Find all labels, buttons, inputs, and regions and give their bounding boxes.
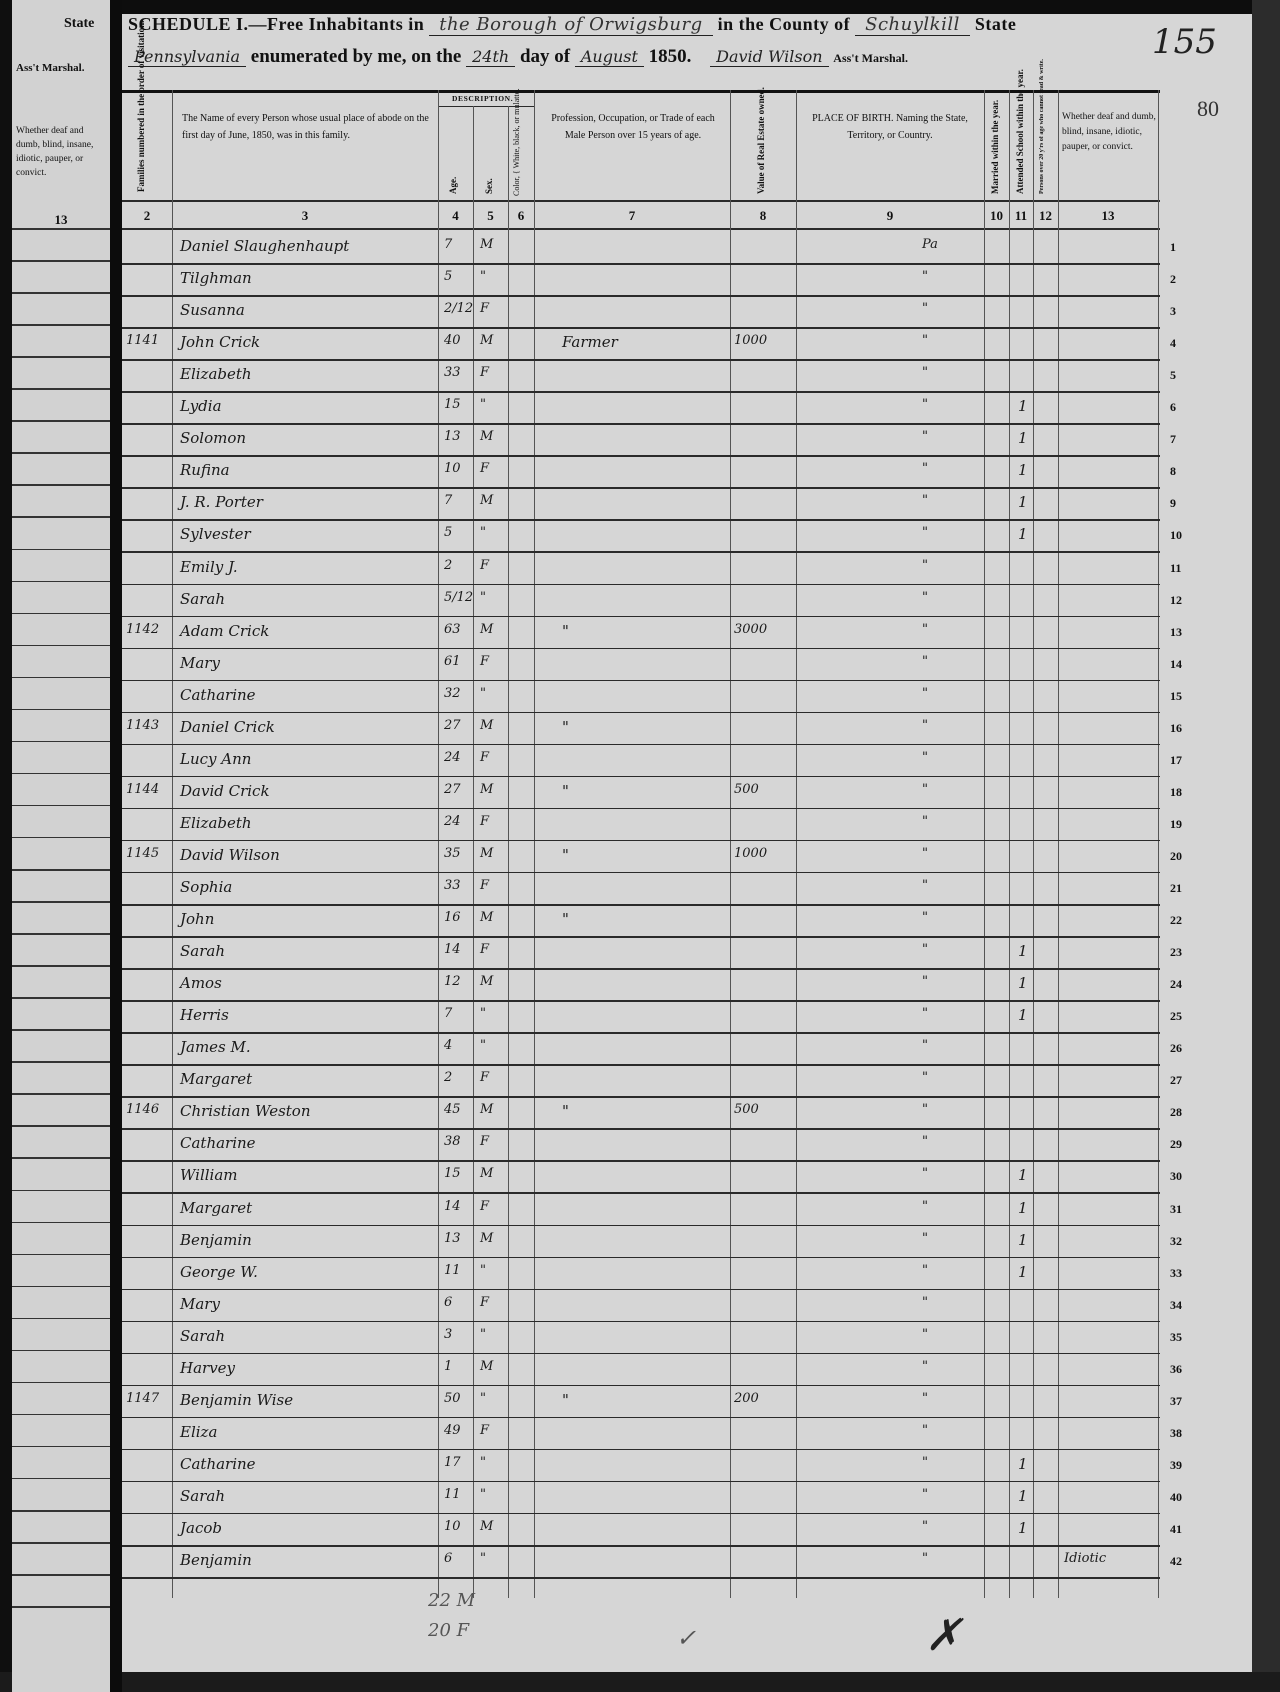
age: 7 (444, 493, 452, 508)
person-name: Eliza (180, 1423, 217, 1441)
attended-school: 1 (1018, 493, 1028, 511)
line-number: 3 (1170, 304, 1176, 319)
birthplace: " (922, 718, 928, 733)
cross-mark: ✗ (925, 1610, 962, 1661)
sex: " (480, 1327, 486, 1342)
facing-row-rule (12, 1125, 110, 1127)
person-name: Margaret (180, 1070, 252, 1088)
table-row: William15M"130 (122, 1161, 1160, 1193)
line-number: 26 (1170, 1041, 1182, 1056)
person-name: Catharine (180, 1455, 256, 1473)
township-handwritten: the Borough of Orwigsburg (429, 14, 712, 36)
table-row: Benjamin13M"132 (122, 1226, 1160, 1258)
facing-row-rule (12, 1029, 110, 1031)
person-name: Lucy Ann (180, 750, 251, 768)
facing-row-rule (12, 1606, 110, 1608)
line-number: 38 (1170, 1426, 1182, 1441)
month-handwritten: August (575, 47, 644, 67)
line-number: 42 (1170, 1554, 1182, 1569)
occupation: Farmer (562, 333, 618, 351)
table-row: Harvey1M"36 (122, 1354, 1160, 1386)
person-name: Harvey (180, 1359, 235, 1377)
header-color: Color, { White, black, or mulatto. (512, 112, 521, 196)
family-number: 1142 (126, 622, 159, 637)
facing-row-rule (12, 1190, 110, 1192)
line-number: 2 (1170, 272, 1176, 287)
attended-school: 1 (1018, 942, 1028, 960)
sex: " (480, 1006, 486, 1021)
birthplace: " (922, 686, 928, 701)
family-number: 1144 (126, 782, 159, 797)
line-number: 15 (1170, 689, 1182, 704)
occupation: " (562, 718, 569, 736)
header-place-of-birth: PLACE OF BIRTH. Naming the State, Territ… (802, 110, 978, 144)
person-name: Catharine (180, 1134, 256, 1152)
year-label: 1850. (649, 46, 692, 67)
table-row: Tilghman5""2 (122, 264, 1160, 296)
birthplace: " (922, 1199, 928, 1214)
table-row: Daniel Slaughenhaupt7MPa1 (122, 232, 1160, 264)
header-name: The Name of every Person whose usual pla… (182, 110, 432, 144)
birthplace: " (922, 269, 928, 284)
facing-row-rule (12, 933, 110, 935)
occupation: " (562, 782, 569, 800)
table-row: Jacob10M"141 (122, 1514, 1160, 1546)
birthplace: " (922, 878, 928, 893)
table-row: Amos12M"124 (122, 969, 1160, 1001)
age: 13 (444, 429, 461, 444)
person-name: Benjamin (180, 1231, 252, 1249)
person-name: James M. (180, 1038, 251, 1056)
birthplace: " (922, 461, 928, 476)
person-name: Solomon (180, 429, 246, 447)
line-number: 31 (1170, 1202, 1182, 1217)
table-row: Herris7""125 (122, 1001, 1160, 1033)
occupation: " (562, 910, 569, 928)
line-number: 11 (1170, 561, 1181, 576)
facing-row-rule (12, 805, 110, 807)
age: 40 (444, 333, 461, 348)
attended-school: 1 (1018, 525, 1028, 543)
colnum-2: 2 (122, 208, 172, 224)
facing-column-number: 13 (12, 212, 110, 228)
facing-row-rule (12, 516, 110, 518)
facing-row-rule (12, 292, 110, 294)
facing-row-rule (12, 228, 110, 230)
sex: " (480, 1391, 486, 1406)
facing-row-rule (12, 709, 110, 711)
birthplace: " (922, 429, 928, 444)
facing-row-rule (12, 965, 110, 967)
table-row: 1142Adam Crick63M"3000"13 (122, 617, 1160, 649)
table-row: Mary61F"14 (122, 649, 1160, 681)
birthplace: " (922, 782, 928, 797)
attended-school: 1 (1018, 974, 1028, 992)
line-number: 25 (1170, 1009, 1182, 1024)
line-number: 21 (1170, 881, 1182, 896)
sex: F (480, 558, 489, 573)
table-row: 1144David Crick27M"500"18 (122, 777, 1160, 809)
birthplace: " (922, 1263, 928, 1278)
real-estate-value: 500 (734, 782, 759, 797)
birthplace: " (922, 846, 928, 861)
birthplace: " (922, 301, 928, 316)
sex: M (480, 333, 493, 348)
facing-row-rule (12, 1286, 110, 1288)
line-number: 35 (1170, 1330, 1182, 1345)
scan-border-right (1252, 0, 1280, 1692)
colnum-6: 6 (508, 208, 534, 224)
sex: M (480, 237, 493, 252)
sex: F (480, 1295, 489, 1310)
header-real-estate: Value of Real Estate owned. (756, 104, 766, 194)
sex: F (480, 365, 489, 380)
facing-row-rule (12, 901, 110, 903)
age: 15 (444, 397, 461, 412)
check-mark: ✓ (676, 1624, 696, 1652)
person-name: Amos (180, 974, 222, 992)
binding-gutter (110, 0, 122, 1692)
birthplace: " (922, 750, 928, 765)
person-name: Sarah (180, 942, 225, 960)
birthplace: " (922, 525, 928, 540)
colnum-7: 7 (534, 208, 730, 224)
person-name: Mary (180, 654, 220, 672)
person-name: William (180, 1166, 238, 1184)
age: 2/12 (444, 301, 473, 316)
sex: " (480, 397, 486, 412)
table-row: 1145David Wilson35M"1000"20 (122, 841, 1160, 873)
line-number: 5 (1170, 368, 1176, 383)
sex: " (480, 269, 486, 284)
sex: " (480, 590, 486, 605)
facing-row-rule (12, 1382, 110, 1384)
sex: F (480, 1199, 489, 1214)
table-row: Sophia33F"21 (122, 873, 1160, 905)
facing-state-label: State (64, 16, 94, 32)
age: 1 (444, 1359, 452, 1374)
table-row: 1143Daniel Crick27M""16 (122, 713, 1160, 745)
line-number: 17 (1170, 753, 1182, 768)
age: 33 (444, 365, 461, 380)
table-row: Lucy Ann24F"17 (122, 745, 1160, 777)
facing-page-strip: State Ass't Marshal. Whether deaf and du… (12, 0, 110, 1692)
family-number: 1145 (126, 846, 159, 861)
age: 4 (444, 1038, 452, 1053)
line-number: 12 (1170, 593, 1182, 608)
facing-row-rule (12, 1318, 110, 1320)
age: 5/12 (444, 590, 473, 605)
scan-border-top (0, 0, 1280, 14)
colnum-10: 10 (984, 208, 1009, 224)
table-row: John16M""22 (122, 905, 1160, 937)
schedule-title-line: SCHEDULE I.—Free Inhabitants in the Boro… (128, 14, 1016, 35)
facing-row-rule (12, 1414, 110, 1416)
line-number: 27 (1170, 1073, 1182, 1088)
header-illiterate: Persons over 20 y'rs of age who cannot r… (1039, 98, 1045, 194)
birthplace: " (922, 1327, 928, 1342)
person-name: Benjamin (180, 1551, 252, 1569)
age: 6 (444, 1551, 452, 1566)
line-number: 39 (1170, 1458, 1182, 1473)
occupation: " (562, 846, 569, 864)
header-description: DESCRIPTION. (452, 94, 513, 103)
birthplace: " (922, 365, 928, 380)
table-row: Benjamin6""Idiotic42 (122, 1546, 1160, 1578)
sex: M (480, 974, 493, 989)
line-number: 16 (1170, 721, 1182, 736)
attended-school: 1 (1018, 1487, 1028, 1505)
person-name: John (180, 910, 214, 928)
sex: " (480, 1263, 486, 1278)
facing-row-rule (12, 837, 110, 839)
table-row: Sarah5/12""12 (122, 585, 1160, 617)
line-number: 6 (1170, 400, 1176, 415)
table-row: Susanna2/12F"3 (122, 296, 1160, 328)
facing-row-rule (12, 1061, 110, 1063)
sex: F (480, 878, 489, 893)
sex: M (480, 718, 493, 733)
occupation: " (562, 1102, 569, 1120)
line-number: 32 (1170, 1234, 1182, 1249)
birthplace: " (922, 1359, 928, 1374)
person-name: Daniel Slaughenhaupt (180, 237, 349, 255)
line-number: 23 (1170, 945, 1182, 960)
age: 49 (444, 1423, 461, 1438)
table-row: 1146Christian Weston45M"500"28 (122, 1097, 1160, 1129)
county-handwritten: Schuylkill (855, 14, 970, 36)
birthplace: " (922, 1102, 928, 1117)
colnum-4: 4 (438, 208, 473, 224)
facing-row-rule (12, 260, 110, 262)
enumerated-label: enumerated by me, on the (251, 46, 462, 67)
facing-row-rule (12, 1478, 110, 1480)
birthplace: " (922, 1006, 928, 1021)
line-number: 30 (1170, 1169, 1182, 1184)
handwritten-page-number: 155 (1152, 22, 1217, 62)
line-number: 9 (1170, 496, 1176, 511)
line-number: 14 (1170, 657, 1182, 672)
line-number: 8 (1170, 464, 1176, 479)
real-estate-value: 3000 (734, 622, 767, 637)
birthplace: " (922, 910, 928, 925)
facing-column-header: Whether deaf and dumb, blind, insane, id… (16, 124, 108, 180)
person-name: Elizabeth (180, 365, 252, 383)
enumeration-line: Pennsylvania enumerated by me, on the 24… (128, 46, 908, 68)
line-number: 24 (1170, 977, 1182, 992)
family-number: 1143 (126, 718, 159, 733)
colnum-9: 9 (796, 208, 984, 224)
facing-row-rule (12, 324, 110, 326)
facing-row-rule (12, 869, 110, 871)
age: 11 (444, 1487, 461, 1502)
line-number: 4 (1170, 336, 1176, 351)
attended-school: 1 (1018, 429, 1028, 447)
marshal-label: Ass't Marshal. (833, 51, 908, 65)
age: 6 (444, 1295, 452, 1310)
colnum-8: 8 (730, 208, 796, 224)
table-row: George W.11""133 (122, 1258, 1160, 1290)
age: 38 (444, 1134, 461, 1149)
day-handwritten: 24th (466, 47, 515, 67)
colnum-5: 5 (473, 208, 508, 224)
sex: F (480, 1423, 489, 1438)
age: 5 (444, 525, 452, 540)
person-name: Jacob (180, 1519, 222, 1537)
real-estate-value: 1000 (734, 846, 767, 861)
sex: M (480, 1231, 493, 1246)
age: 14 (444, 1199, 461, 1214)
birthplace: " (922, 814, 928, 829)
age: 17 (444, 1455, 461, 1470)
sex: M (480, 1102, 493, 1117)
facing-row-rule (12, 645, 110, 647)
person-name: David Wilson (180, 846, 280, 864)
birthplace: " (922, 942, 928, 957)
line-number: 18 (1170, 785, 1182, 800)
birthplace: " (922, 333, 928, 348)
birthplace: " (922, 1038, 928, 1053)
attended-school: 1 (1018, 461, 1028, 479)
person-name: Daniel Crick (180, 718, 275, 736)
age: 27 (444, 782, 461, 797)
birthplace: " (922, 493, 928, 508)
sex: F (480, 942, 489, 957)
facing-row-rule (12, 741, 110, 743)
row-rule (122, 1577, 1160, 1579)
age: 12 (444, 974, 461, 989)
attended-school: 1 (1018, 1199, 1028, 1217)
facing-row-rule (12, 356, 110, 358)
printed-page-number: 80 (1197, 96, 1219, 122)
tally-males: 22 M (428, 1590, 475, 1611)
line-number: 37 (1170, 1394, 1182, 1409)
person-name: Adam Crick (180, 622, 269, 640)
sex: M (480, 1166, 493, 1181)
attended-school: 1 (1018, 1006, 1028, 1024)
birthplace: " (922, 1295, 928, 1310)
table-row: Solomon13M"17 (122, 424, 1160, 456)
age: 32 (444, 686, 461, 701)
sex: M (480, 846, 493, 861)
tally-females: 20 F (428, 1620, 469, 1641)
age: 10 (444, 1519, 461, 1534)
sex: F (480, 750, 489, 765)
table-row: Lydia15""16 (122, 392, 1160, 424)
facing-row-rule (12, 452, 110, 454)
table-row: Elizabeth24F"19 (122, 809, 1160, 841)
person-name: Sylvester (180, 525, 251, 543)
age: 50 (444, 1391, 461, 1406)
table-row: James M.4""26 (122, 1033, 1160, 1065)
age: 10 (444, 461, 461, 476)
facing-row-rule (12, 1222, 110, 1224)
sex: F (480, 301, 489, 316)
age: 61 (444, 654, 461, 669)
census-page: State Ass't Marshal. Whether deaf and du… (0, 0, 1280, 1692)
sex: M (480, 782, 493, 797)
family-number: 1141 (126, 333, 159, 348)
line-number: 19 (1170, 817, 1182, 832)
facing-row-rule (12, 1510, 110, 1512)
table-row: Sarah14F"123 (122, 937, 1160, 969)
birthplace: " (922, 1134, 928, 1149)
sex: M (480, 1359, 493, 1374)
attended-school: 1 (1018, 1231, 1028, 1249)
table-row: Margaret14F"131 (122, 1194, 1160, 1226)
facing-row-rule (12, 997, 110, 999)
sex: M (480, 493, 493, 508)
person-name: Sarah (180, 1327, 225, 1345)
person-name: John Crick (180, 333, 260, 351)
facing-row-rule (12, 1350, 110, 1352)
person-name: Benjamin Wise (180, 1391, 293, 1409)
age: 45 (444, 1102, 461, 1117)
age: 35 (444, 846, 461, 861)
table-row: Sarah3""35 (122, 1322, 1160, 1354)
birthplace: " (922, 1519, 928, 1534)
table-row: Rufina10F"18 (122, 456, 1160, 488)
birthplace: " (922, 622, 928, 637)
table-row: Eliza49F"38 (122, 1418, 1160, 1450)
age: 27 (444, 718, 461, 733)
person-name: Elizabeth (180, 814, 252, 832)
birthplace: " (922, 1231, 928, 1246)
sex: F (480, 654, 489, 669)
age: 7 (444, 1006, 452, 1021)
table-row: Catharine17""139 (122, 1450, 1160, 1482)
sex: M (480, 429, 493, 444)
age: 16 (444, 910, 461, 925)
facing-row-rule (12, 388, 110, 390)
scan-border-left (0, 0, 12, 1692)
person-name: Susanna (180, 301, 245, 319)
sex: " (480, 1551, 486, 1566)
header-occupation: Profession, Occupation, or Trade of each… (540, 110, 726, 144)
person-name: Mary (180, 1295, 220, 1313)
person-name: Sophia (180, 878, 232, 896)
table-row: Catharine38F"29 (122, 1129, 1160, 1161)
person-name: Catharine (180, 686, 256, 704)
attended-school: 1 (1018, 1166, 1028, 1184)
facing-row-rule (12, 1254, 110, 1256)
birthplace: " (922, 1166, 928, 1181)
person-name: Lydia (180, 397, 222, 415)
facing-row-rule (12, 420, 110, 422)
age: 2 (444, 558, 452, 573)
sex: F (480, 814, 489, 829)
header-school: Attended School within the year. (1015, 100, 1025, 194)
colnum-11: 11 (1009, 208, 1033, 224)
facing-row-rule (12, 613, 110, 615)
family-number: 1146 (126, 1102, 159, 1117)
person-name: Sarah (180, 1487, 225, 1505)
attended-school: 1 (1018, 1519, 1028, 1537)
person-name: Margaret (180, 1199, 252, 1217)
line-number: 1 (1170, 240, 1176, 255)
occupation: " (562, 1391, 569, 1409)
birthplace: " (922, 1455, 928, 1470)
person-name: Rufina (180, 461, 230, 479)
attended-school: 1 (1018, 1263, 1028, 1281)
header-married: Married within the year. (990, 100, 1000, 194)
age: 2 (444, 1070, 452, 1085)
birthplace: Pa (922, 237, 938, 252)
sex: " (480, 1487, 486, 1502)
table-row: Margaret2F"27 (122, 1065, 1160, 1097)
sex: " (480, 686, 486, 701)
attended-school: 1 (1018, 1455, 1028, 1473)
